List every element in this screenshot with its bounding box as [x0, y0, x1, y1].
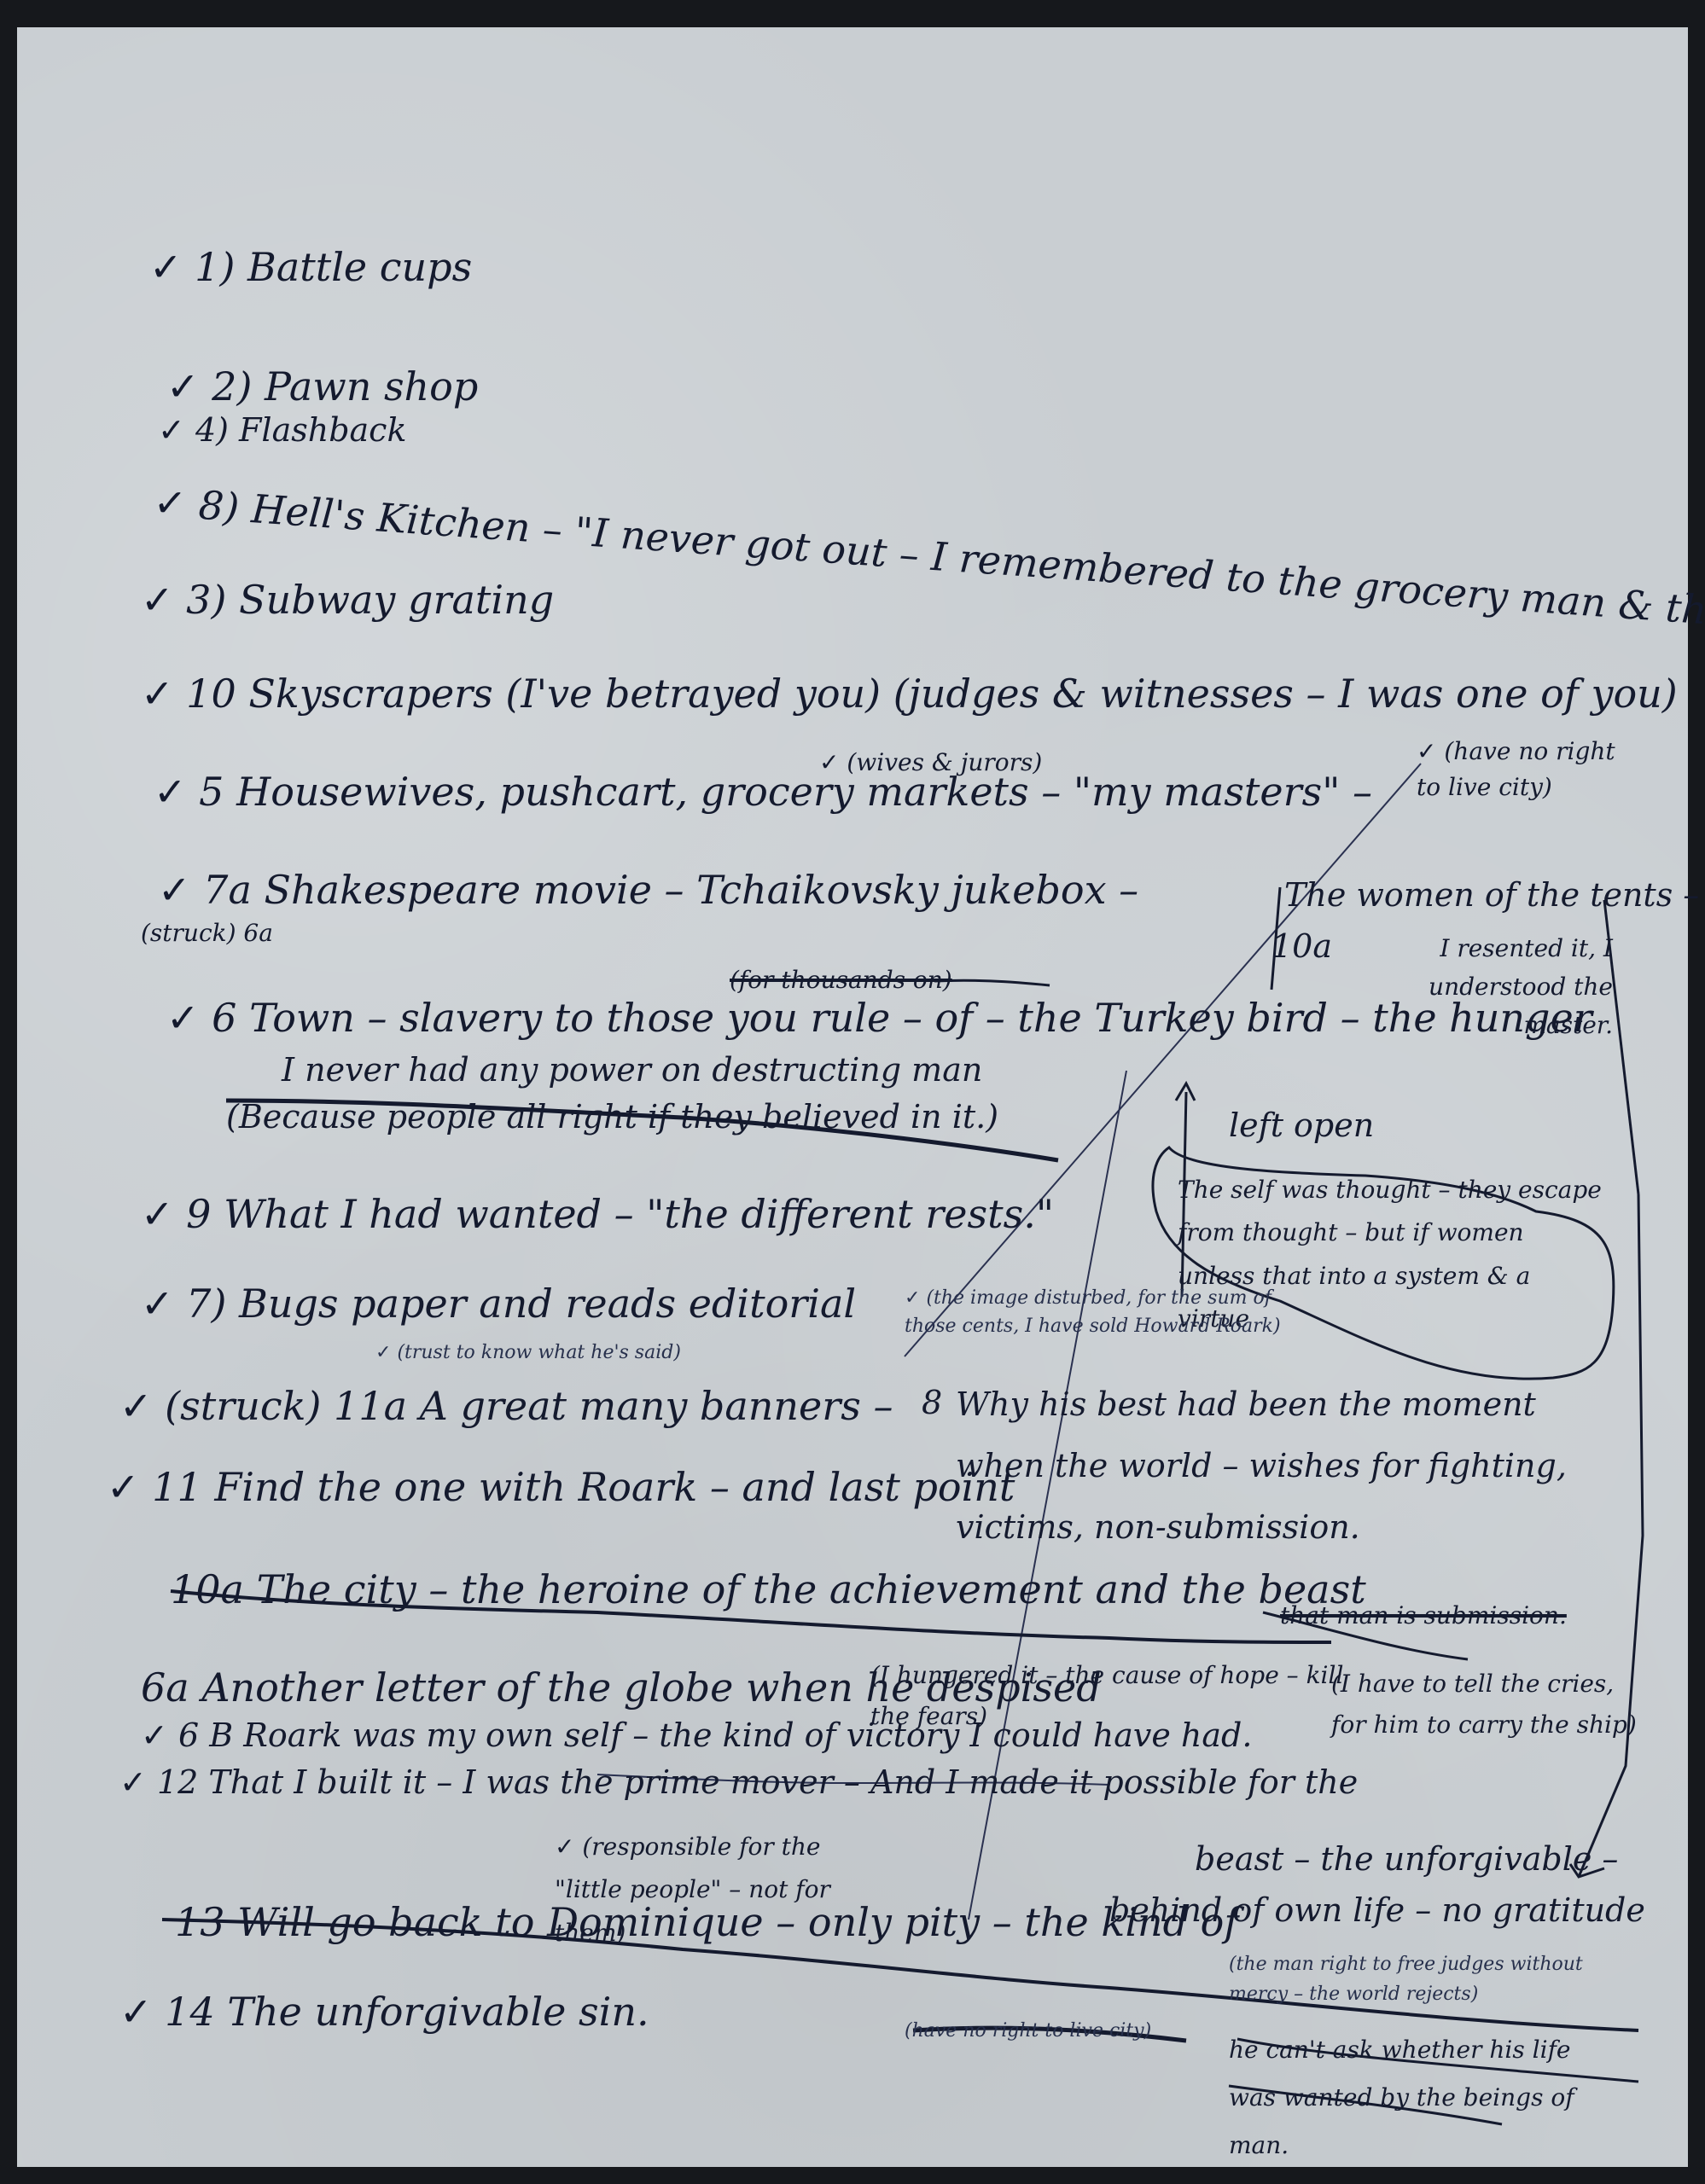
item-9: ✓ 9 What I had wanted – "the different r… [141, 1194, 1054, 1234]
check-mark-icon: ✓ [141, 1281, 174, 1327]
item-2: ✓ 2) Pawn shop [166, 367, 478, 406]
check-mark-icon: ✓ [119, 1383, 153, 1429]
ship-note: (I have to tell the cries, for him to ca… [1331, 1664, 1638, 1745]
check-mark-icon: ✓ [166, 363, 200, 409]
item-6-line-3-struck: (Because people all right if they believ… [226, 1101, 998, 1133]
item-7a: ✓ 7a Shakespeare movie – Tchaikovsky juk… [158, 870, 1138, 909]
item-7: ✓ 7) Bugs paper and reads editorial [141, 1284, 856, 1323]
check-mark-icon: ✓ [141, 1716, 168, 1754]
item-10-right-note: ✓ (have no right to live city) [1417, 734, 1638, 805]
item-6-struck-note: (for thousands on) [730, 968, 952, 992]
check-mark-icon: ✓ [152, 479, 188, 527]
item-10: ✓ 10 Skyscrapers (I've betrayed you) (ju… [141, 674, 1678, 713]
item-6a-margin: (struck) 6a [141, 921, 273, 945]
beast-note: beast – the unforgivable – [1195, 1843, 1618, 1875]
struck-paren-note: (the man right to free judges without me… [1229, 1949, 1630, 2009]
check-mark-icon: ✓ [158, 867, 191, 913]
check-mark-icon: ✓ [158, 411, 185, 449]
num-10a: 10a [1271, 930, 1332, 962]
item-8-text: Why his best had been the moment when th… [956, 1374, 1621, 1559]
item-8-num: 8 [922, 1386, 942, 1419]
struck-bottom-2: he can't ask whether his life was wanted… [1229, 2026, 1621, 2169]
item-10a-struck: 10a The city – the heroine of the achiev… [171, 1570, 1366, 1609]
check-mark-icon: ✓ [149, 244, 183, 290]
check-mark-icon: ✓ [154, 769, 187, 815]
hunger-note: (I hungered it – the cause of hope – kil… [870, 1655, 1348, 1736]
struck-bottom-1: (have no right to live city) [905, 2022, 1151, 2041]
check-mark-icon: ✓ [1417, 737, 1436, 765]
struck-fragment: that man is submission. [1280, 1604, 1567, 1628]
women-of-tents-note: The women of the tents – ✓ [1284, 879, 1705, 911]
check-mark-icon: ✓ [905, 1287, 920, 1309]
check-mark-icon: ✓ [119, 1763, 147, 1801]
check-mark-icon: ✓ [141, 1191, 174, 1237]
i-resented-note: I resented it, I understood the master. [1374, 930, 1613, 1044]
item-6-line-2: I never had any power on destructing man [282, 1054, 982, 1086]
item-7-note: ✓ (trust to know what he's said) [375, 1344, 681, 1362]
check-mark-icon: ✓ [141, 577, 174, 623]
image-disturbed-note: ✓ (the image disturbed, for the sum of t… [905, 1284, 1297, 1340]
left-open-note: left open [1229, 1109, 1374, 1141]
check-mark-icon: ✓ [107, 1464, 140, 1510]
item-12: ✓ 12 That I built it – I was the prime m… [119, 1766, 1358, 1798]
item-11a: ✓ (struck) 11a A great many banners – [119, 1386, 893, 1426]
item-5: ✓ 5 Housewives, pushcart, grocery market… [154, 772, 1372, 811]
item-4: ✓ 4) Flashback [158, 414, 407, 446]
check-mark-icon: ✓ [119, 1989, 153, 2035]
item-1: ✓ 1) Battle cups [149, 247, 472, 287]
check-mark-icon: ✓ [166, 995, 200, 1041]
item-13-struck: 13 Will go back to Dominique – only pity… [175, 1902, 1238, 1942]
item-14: ✓ 14 The unforgivable sin. [119, 1992, 649, 2031]
behind-note: behind of own life – no gratitude [1109, 1894, 1645, 1926]
check-mark-icon: ✓ [141, 671, 174, 717]
check-mark-icon: ✓ [555, 1833, 574, 1861]
check-mark-icon: ✓ [375, 1342, 391, 1363]
item-11: ✓ 11 Find the one with Roark – and last … [107, 1467, 1015, 1507]
item-3: ✓ 3) Subway grating [141, 580, 554, 619]
